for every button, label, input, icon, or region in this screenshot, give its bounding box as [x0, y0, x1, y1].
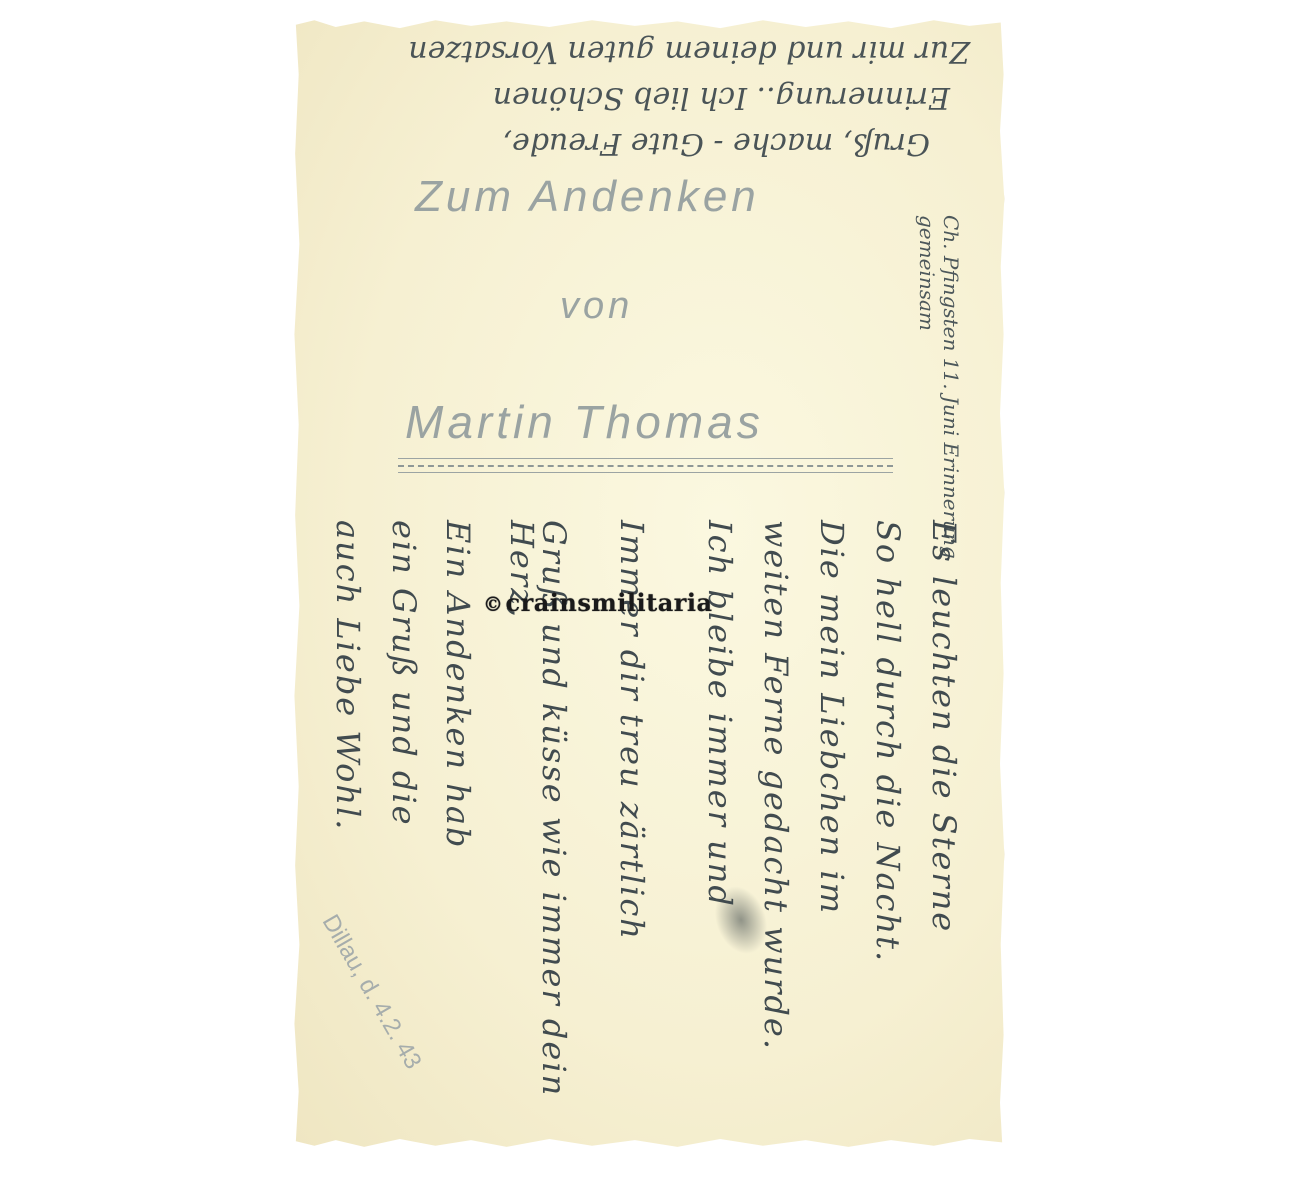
message-line: weiten Ferne gedacht wurde.: [760, 520, 792, 1051]
message-line: ein Gruß und die: [388, 520, 420, 827]
copyright-icon: ©: [483, 592, 504, 616]
watermark: ©crainsmilitaria: [483, 588, 713, 617]
message-line: Es leuchten die Sterne: [928, 520, 960, 933]
signature-underline-top: [398, 458, 893, 459]
message-line: Die mein Liebchen im: [816, 520, 848, 915]
message-line: Immer dir treu zärtlich: [616, 520, 648, 941]
message-line: auch Liebe Wohl.: [332, 520, 364, 831]
signature-underline-bottom: [398, 472, 893, 473]
header-zum-andenken: Zum Andenken: [415, 172, 760, 222]
message-line: Ein Andenken hab: [442, 520, 474, 849]
header-von: von: [560, 285, 633, 328]
watermark-text: crainsmilitaria: [506, 588, 713, 617]
message-line: So hell durch die Nacht.: [872, 520, 904, 963]
signature-martin-thomas: Martin Thomas: [405, 395, 764, 449]
message-line: Ich bleibe immer und: [704, 520, 736, 908]
upside-down-message: Gruß, mache - Gute Freude, Erinnerung.. …: [320, 28, 970, 166]
upside-down-line: Gruß, mache - Gute Freude,: [320, 120, 970, 166]
upside-down-line: Erinnerung.. Ich lieb Schönen: [320, 74, 970, 120]
signature-underline-dashed: [398, 465, 893, 467]
upside-down-line: Zur mir und deinem guten Vorsatzen: [320, 28, 970, 74]
